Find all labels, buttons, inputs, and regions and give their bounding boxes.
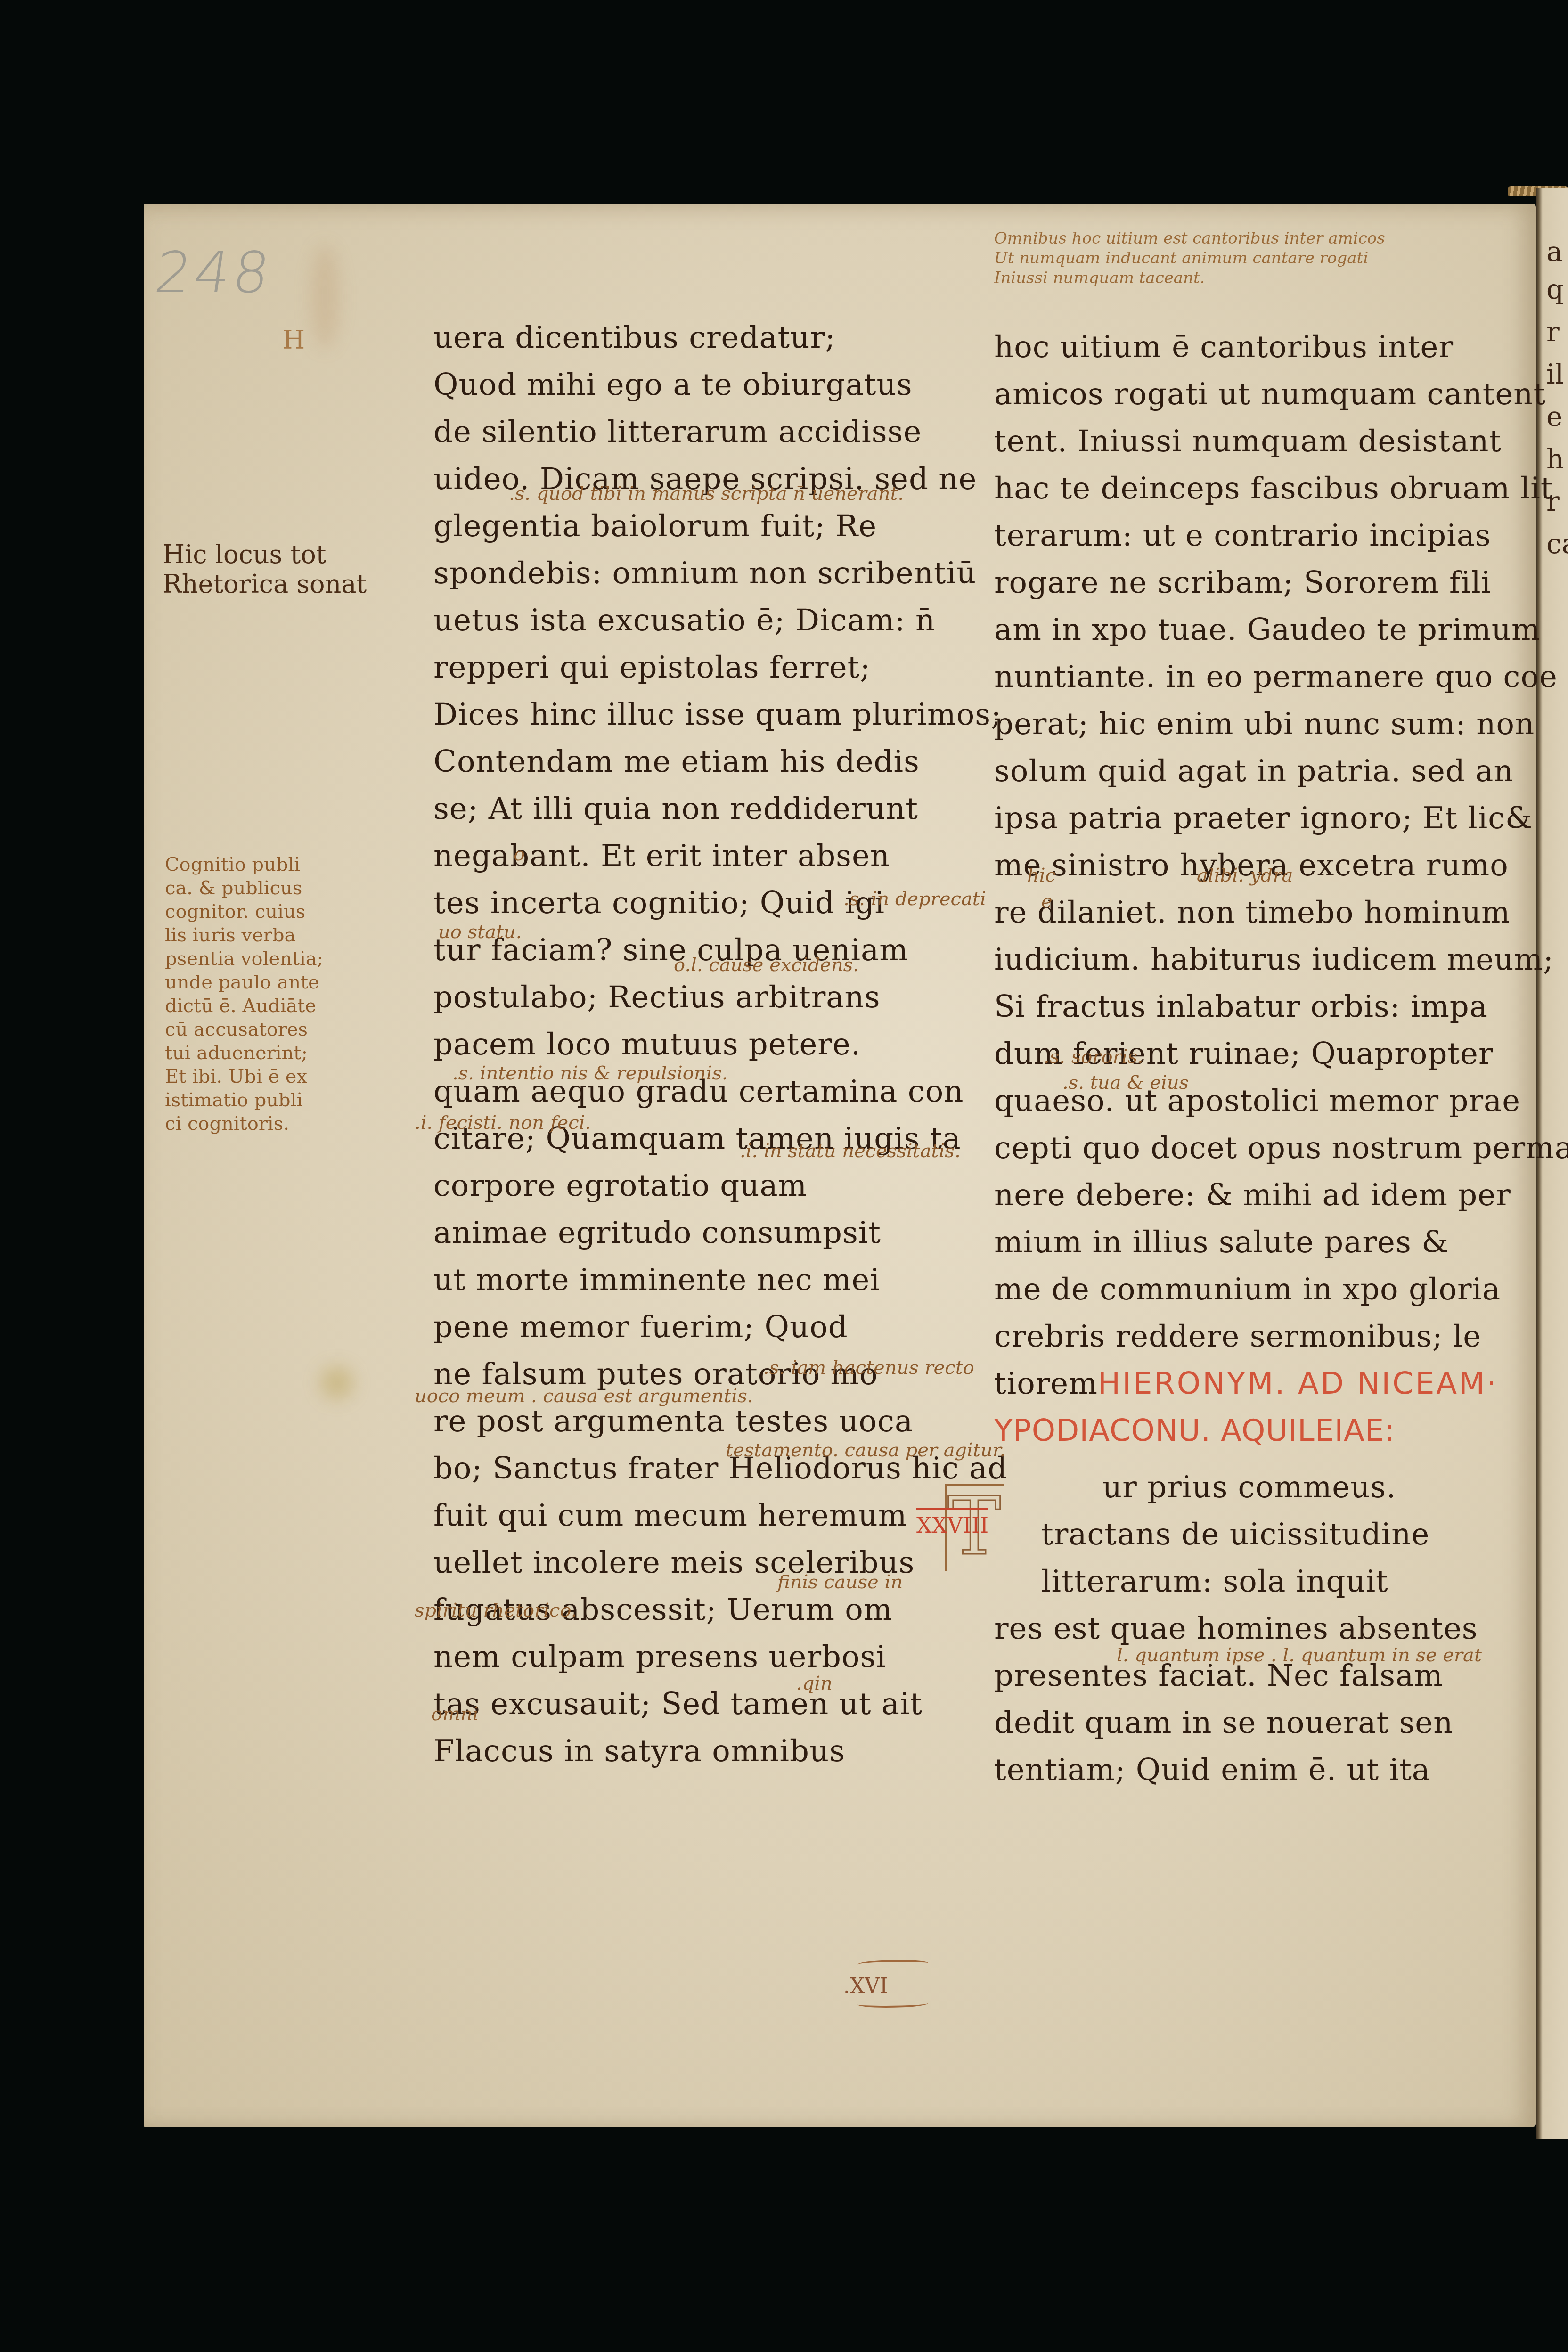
text-line: am in xpo tuae. Gaudeo te primum <box>994 612 1541 647</box>
chapter-number: XXVIII <box>916 1508 988 1538</box>
text-line: ur prius commeus. <box>1102 1470 1396 1505</box>
interlinear-gloss: omni <box>431 1703 479 1725</box>
marginal-letter: H <box>283 325 305 355</box>
interlinear-gloss: .s. sororis. <box>1044 1046 1143 1068</box>
text-line: nem culpam presens uerbosi <box>433 1640 886 1674</box>
interlinear-gloss: e <box>1041 890 1053 912</box>
text-line: Si fractus inlabatur orbis: impa <box>994 989 1488 1024</box>
text-line: postulabo; Rectius arbitrans <box>433 980 881 1015</box>
text-line: amicos rogati ut numquam cantent <box>994 377 1546 412</box>
text-line: pacem loco mutuus petere. <box>433 1027 861 1062</box>
text-line: ut morte imminente nec mei <box>433 1263 880 1298</box>
text-line: hoc uitium ē cantoribus inter <box>994 330 1454 365</box>
text-line: re dilaniet. non timebo hominum <box>994 895 1511 930</box>
text-line: perat; hic enim ubi nunc sum: non <box>994 707 1535 742</box>
rubric-title-2: YPODIACONU. AQUILEIAE: <box>994 1413 1395 1448</box>
interlinear-gloss: .s. tua & eius <box>1062 1072 1189 1094</box>
text-line: se; At illi quia non reddiderunt <box>433 792 918 826</box>
interlinear-gloss: o <box>514 843 525 865</box>
text-line: Dices hinc illuc isse quam plurimos; <box>433 697 1002 732</box>
text-line: cepti quo docet opus nostrum perma <box>994 1131 1568 1166</box>
interlinear-gloss: .i. fecisti. non feci. <box>415 1112 591 1134</box>
text-line: negabant. Et erit inter absen <box>433 839 890 874</box>
rubric-title-1: HIERONYM. AD NICEAM· <box>1098 1366 1498 1401</box>
interlinear-gloss: .s. intentio nis & repulsionis. <box>452 1062 728 1084</box>
margin-note-cognitio: Cognitio publica. & publicus cognitor. c… <box>165 853 323 1135</box>
interlinear-gloss: alibi. ydra <box>1197 865 1293 886</box>
interlinear-gloss: uo statu. <box>438 921 522 943</box>
text-word: tiorem <box>994 1366 1098 1401</box>
interlinear-gloss: o.l. cause excidens. <box>674 954 859 976</box>
pencil-foliation: 248 <box>151 240 277 306</box>
interlinear-gloss: .s. iam hactenus recto <box>763 1357 974 1379</box>
text-line: corpore egrotatio quam <box>433 1168 807 1203</box>
leaf-fragment: h <box>1546 443 1564 475</box>
interlinear-gloss: uoco meum . causa est argumentis. <box>415 1385 753 1407</box>
interlinear-gloss: spiritu rhetorico. <box>415 1600 577 1621</box>
margin-note-rhetorica: Hic locus tot Rhetorica sonat <box>163 539 367 599</box>
text-line: me de communium in xpo gloria <box>994 1272 1501 1307</box>
text-line: de silentio litterarum accidisse <box>433 415 922 449</box>
top-margin-note: Omnibus hoc uitium est cantoribus inter … <box>994 229 1385 288</box>
leaf-fragment: il <box>1546 358 1564 390</box>
text-line: fuit qui cum mecum heremum <box>433 1498 907 1533</box>
quire-flourish <box>857 1960 928 1968</box>
leaf-fragment: e <box>1546 400 1562 433</box>
text-line: litterarum: sola inquit <box>1041 1564 1388 1599</box>
text-line: spondebis: omnium non scribentiū <box>433 556 976 591</box>
leaf-fragment: ca <box>1546 528 1568 560</box>
interlinear-gloss: .s. in deprecati <box>843 888 986 910</box>
interlinear-gloss: finis cause in <box>777 1571 903 1593</box>
text-line: solum quid agat in patria. sed an <box>994 754 1514 789</box>
text-line: re post argumenta testes uoca <box>433 1404 913 1439</box>
quire-signature: .XVI <box>843 1974 888 1998</box>
text-line: dedit quam in se nouerat sen <box>994 1706 1453 1740</box>
text-line: Contendam me etiam his dedis <box>433 744 920 779</box>
text-line: glegentia baiolorum fuit; Re <box>433 509 877 544</box>
text-line: uera dicentibus credatur; <box>433 320 836 355</box>
leaf-fragment: a <box>1546 236 1563 268</box>
text-line: animae egritudo consumpsit <box>433 1216 881 1250</box>
text-line: Flaccus in satyra omnibus <box>433 1734 845 1769</box>
text-line: tentiam; Quid enim ē. ut ita <box>994 1753 1430 1788</box>
text-line: tioremHIERONYM. AD NICEAM· <box>994 1366 1498 1401</box>
interlinear-gloss: .s. quod tibi in manus scripta n̄ uenera… <box>509 483 904 505</box>
text-line: crebris reddere sermonibus; le <box>994 1319 1481 1354</box>
text-line: tractans de uicissitudine <box>1041 1517 1429 1552</box>
text-line: tas excusauit; Sed tamen ut ait <box>433 1687 923 1722</box>
interlinear-gloss: hic <box>1027 865 1056 886</box>
interlinear-gloss: testamento. causa per agitur. <box>726 1439 1005 1461</box>
interlinear-gloss: .qin <box>796 1673 833 1694</box>
text-line: res est quae homines absentes <box>994 1611 1478 1646</box>
text-line: terarum: ut e contrario incipias <box>994 518 1491 553</box>
text-line: Quod mihi ego a te obiurgatus <box>433 367 913 402</box>
interlinear-gloss: l. quantum ipse . l. quantum in se erat <box>1117 1644 1482 1666</box>
text-line: mium in illius salute pares & <box>994 1225 1449 1260</box>
text-line: uetus ista excusatio ē; Dicam: n̄ <box>433 603 935 638</box>
text-line: ipsa patria praeter ignoro; Et lic& <box>994 801 1533 836</box>
text-line: tes incerta cognitio; Quid igi <box>433 886 885 921</box>
interlinear-gloss: .i. in statu necessitatis. <box>740 1140 961 1162</box>
leaf-fragment: r <box>1546 316 1560 348</box>
text-line: tent. Iniussi numquam desistant <box>994 424 1502 459</box>
text-line: iudicium. habiturus iudicem meum; <box>994 942 1554 977</box>
leaf-fragment: q <box>1546 273 1564 305</box>
text-line: rogare ne scribam; Sororem fili <box>994 565 1491 600</box>
text-line: nuntiante. in eo permanere quo coe <box>994 660 1558 694</box>
text-line: nere debere: & mihi ad idem per <box>994 1178 1511 1213</box>
text-line: pene memor fuerim; Quod <box>433 1310 848 1345</box>
text-line: hac te deinceps fascibus obruam lit <box>994 471 1553 506</box>
text-line: repperi qui epistolas ferret; <box>433 650 871 685</box>
